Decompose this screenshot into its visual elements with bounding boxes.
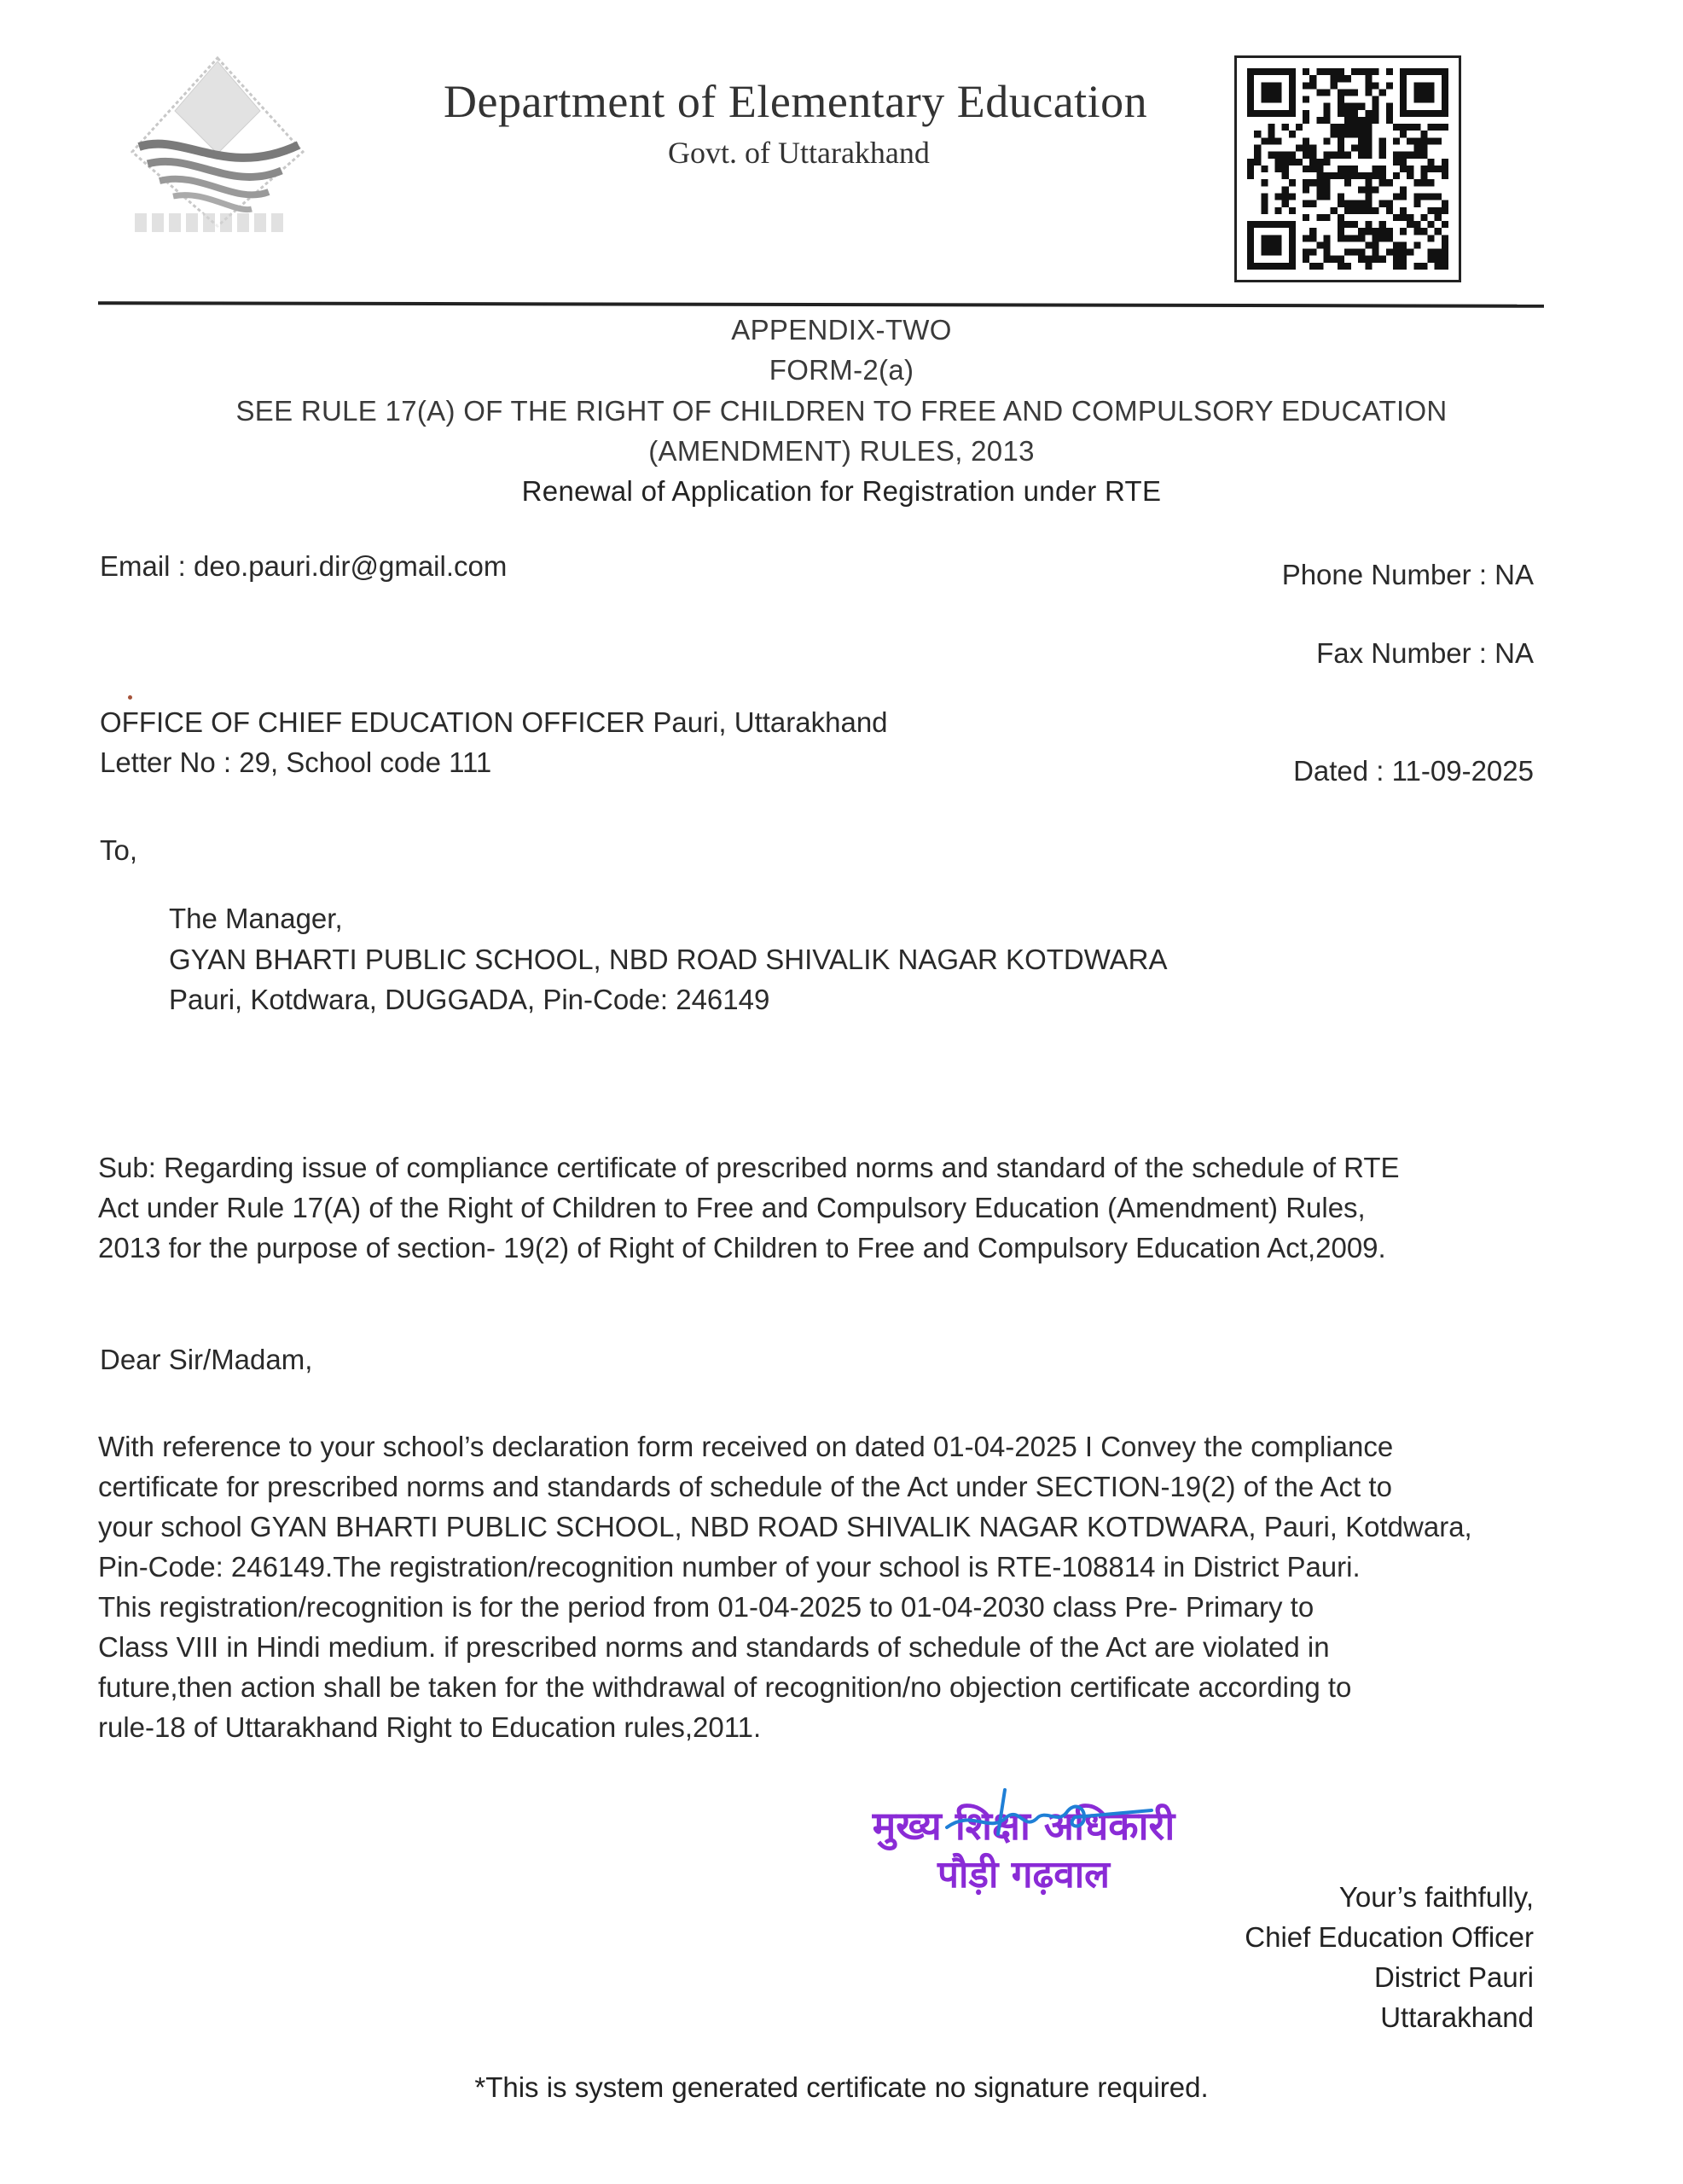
salutation: Dear Sir/Madam,: [100, 1344, 312, 1376]
letter-date: Dated : 11-09-2025: [1293, 755, 1534, 787]
recipient-address: Pauri, Kotdwara, DUGGADA, Pin-Code: 2461…: [169, 984, 769, 1016]
rule-reference-line1: SEE RULE 17(A) OF THE RIGHT OF CHILDREN …: [0, 395, 1683, 427]
recipient-school: GYAN BHARTI PUBLIC SCHOOL, NBD ROAD SHIV…: [169, 944, 1168, 976]
body-line: Class VIII in Hindi medium. if prescribe…: [98, 1627, 1531, 1667]
department-title: Department of Elementary Education: [444, 75, 1147, 128]
closing-line: Chief Education Officer: [1245, 1917, 1534, 1957]
application-purpose: Renewal of Application for Registration …: [0, 475, 1683, 508]
closing-line: District Pauri: [1245, 1957, 1534, 1997]
recipient-title: The Manager,: [169, 903, 343, 935]
body-paragraph: With reference to your school’s declarat…: [98, 1426, 1531, 1747]
email-line: Email : deo.pauri.dir@gmail.com: [100, 550, 507, 583]
body-line: rule-18 of Uttarakhand Right to Educatio…: [98, 1707, 1531, 1747]
emblem-caption: [135, 213, 288, 232]
phone-number: Phone Number : NA: [1282, 559, 1534, 591]
body-line: With reference to your school’s declarat…: [98, 1426, 1531, 1467]
system-generated-note: *This is system generated certificate no…: [0, 2071, 1683, 2104]
to-label: To,: [100, 834, 137, 867]
appendix-label: APPENDIX-TWO: [0, 314, 1683, 346]
header-divider: [98, 301, 1544, 308]
subject-paragraph: Sub: Regarding issue of compliance certi…: [98, 1147, 1531, 1268]
body-line: This registration/recognition is for the…: [98, 1587, 1531, 1627]
subject-line: 2013 for the purpose of section- 19(2) o…: [98, 1228, 1531, 1268]
letter-number: Letter No : 29, School code 111: [100, 746, 491, 779]
fax-number: Fax Number : NA: [1316, 637, 1534, 670]
stamp-district: पौड़ी गढ़वाल: [853, 1851, 1194, 1899]
body-line: Pin-Code: 246149.The registration/recogn…: [98, 1547, 1531, 1587]
closing-block: Your’s faithfully, Chief Education Offic…: [1245, 1877, 1534, 2037]
government-subtitle: Govt. of Uttarakhand: [668, 135, 930, 171]
form-label: FORM-2(a): [0, 354, 1683, 386]
body-line: future,then action shall be taken for th…: [98, 1667, 1531, 1707]
qr-code-icon: [1234, 55, 1461, 282]
ink-speck: [128, 695, 132, 700]
body-line: your school GYAN BHARTI PUBLIC SCHOOL, N…: [98, 1507, 1531, 1547]
uttarakhand-emblem-icon: [124, 51, 311, 239]
rule-reference-line2: (AMENDMENT) RULES, 2013: [0, 435, 1683, 468]
body-line: certificate for prescribed norms and sta…: [98, 1467, 1531, 1507]
issuing-office: OFFICE OF CHIEF EDUCATION OFFICER Pauri,…: [100, 706, 888, 739]
subject-line: Act under Rule 17(A) of the Right of Chi…: [98, 1188, 1531, 1228]
closing-line: Uttarakhand: [1245, 1997, 1534, 2037]
subject-line: Sub: Regarding issue of compliance certi…: [98, 1147, 1531, 1188]
signature-icon: [938, 1783, 1160, 1843]
closing-line: Your’s faithfully,: [1245, 1877, 1534, 1917]
